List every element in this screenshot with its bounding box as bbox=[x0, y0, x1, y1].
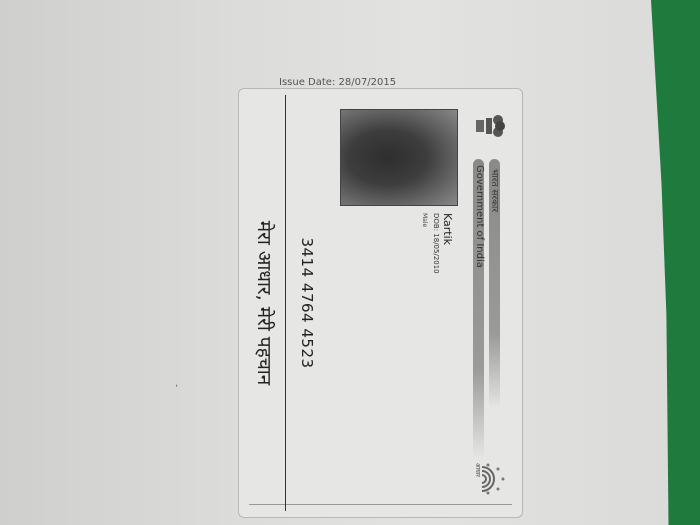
header-hindi-title: भारत सरकार bbox=[489, 169, 502, 212]
card-header: भारत सरकार Government of India bbox=[466, 159, 502, 489]
paper-mark: , bbox=[175, 378, 178, 389]
aadhaar-card-container: भारत सरकार Government of India आधार Issu… bbox=[238, 88, 523, 518]
holder-gender: Male bbox=[421, 213, 428, 227]
card-fold-line bbox=[249, 504, 512, 505]
holder-dob: DOB: 18/05/2010 bbox=[432, 213, 440, 274]
national-emblem-icon bbox=[472, 111, 508, 141]
holder-name: Kartik bbox=[441, 213, 454, 245]
issue-date: Issue Date: 28/07/2015 bbox=[279, 77, 396, 88]
card-divider bbox=[285, 95, 286, 511]
header-english-title: Government of India bbox=[474, 165, 485, 268]
aadhaar-logo-label: आधार bbox=[474, 463, 482, 477]
aadhaar-card: भारत सरकार Government of India आधार Issu… bbox=[238, 88, 523, 518]
holder-photo bbox=[340, 109, 458, 206]
aadhaar-tagline: मेरा आधार, मेरी पहचान bbox=[252, 89, 278, 517]
aadhaar-number: 3414 4764 4523 bbox=[298, 89, 316, 517]
